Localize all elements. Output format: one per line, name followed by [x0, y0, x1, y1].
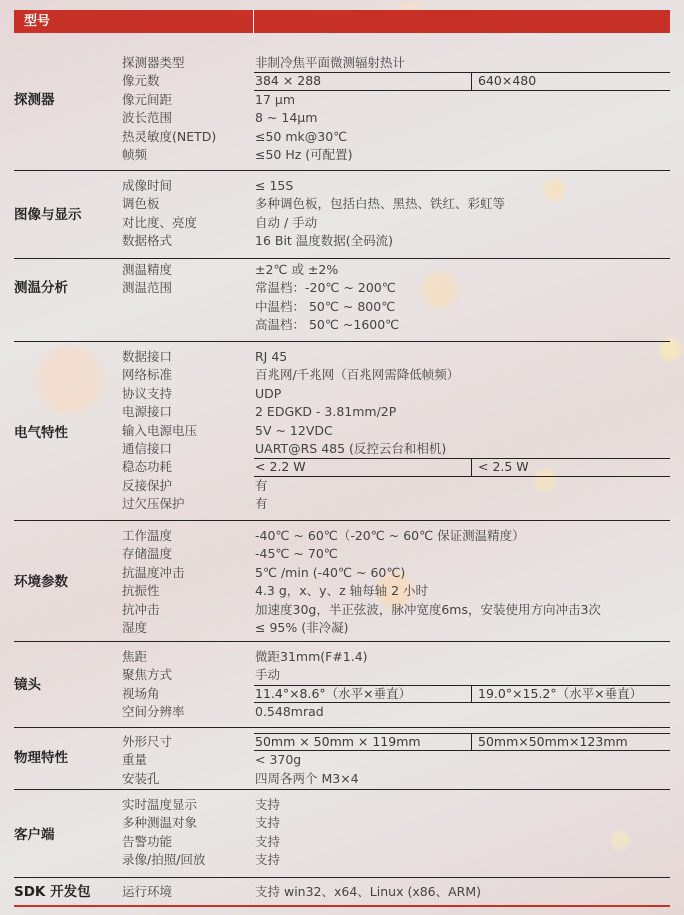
spec-value: 2 EDGKD - 3.81mm/2P [255, 403, 396, 421]
spec-row: 视场角11.4°×8.6°（水平×垂直）19.0°×15.2°（水平×垂直） [14, 685, 670, 703]
spec-value: UDP [255, 385, 281, 403]
spec-label: 测温范围 [122, 279, 172, 297]
spec-row: 抗振性4.3 g，x、y、z 轴每轴 2 小时 [14, 582, 670, 600]
spec-row: 聚焦方式手动 [14, 666, 670, 684]
spec-row: 电源接口2 EDGKD - 3.81mm/2P [14, 403, 670, 421]
spec-value: ≤50 mk@30℃ [255, 128, 347, 146]
spec-label: 运行环境 [122, 883, 172, 901]
spec-value-model-1: 11.4°×8.6°（水平×垂直） [254, 686, 472, 702]
spec-label: 抗振性 [122, 582, 160, 600]
model-label: 型号 [14, 10, 254, 33]
spec-value: 常温档：-20℃ ~ 200℃ [255, 279, 396, 297]
spec-row: 实时温度显示支持 [14, 796, 670, 814]
spec-row: 测温范围常温档：-20℃ ~ 200℃ [14, 279, 670, 297]
spec-value: 16 Bit 温度数据(全码流) [255, 232, 393, 250]
spec-value: 支持 [255, 851, 280, 869]
spec-value: 支持 [255, 796, 280, 814]
spec-value: 0.548mrad [255, 703, 324, 721]
spec-value: 8 ~ 14μm [255, 109, 317, 127]
spec-row: 波长范围8 ~ 14μm [14, 109, 670, 127]
spec-label: 存储温度 [122, 545, 172, 563]
spec-label: 调色板 [122, 195, 160, 213]
spec-label: 外形尺寸 [122, 733, 172, 751]
spec-label: 抗温度冲击 [122, 564, 185, 582]
spec-row: 网络标准百兆网/千兆网（百兆网需降低帧频） [14, 366, 670, 384]
spec-row: 过欠压保护有 [14, 495, 670, 513]
spec-row: 通信接口UART@RS 485 (反控云台和相机) [14, 440, 670, 458]
spec-row: 像元间距17 μm [14, 91, 670, 109]
spec-row: 录像/拍照/回放支持 [14, 851, 670, 869]
spec-row: 空间分辨率0.548mrad [14, 703, 670, 721]
spec-label: 聚焦方式 [122, 666, 172, 684]
spec-value: ≤ 15S [255, 177, 293, 195]
spec-label: 像元间距 [122, 91, 172, 109]
spec-value: 百兆网/千兆网（百兆网需降低帧频） [255, 366, 459, 384]
spec-row: 湿度≤ 95% (非冷凝) [14, 619, 670, 637]
bottom-divider [14, 905, 670, 907]
spec-value: -40℃ ~ 60℃（-20℃ ~ 60℃ 保证测温精度） [255, 527, 525, 545]
section-electrical: 电气特性数据接口RJ 45网络标准百兆网/千兆网（百兆网需降低帧频）协议支持UD… [14, 341, 670, 342]
spec-value: 多种调色板，包括白热、黑热、铁红、彩虹等 [255, 195, 505, 213]
spec-row: 像元数384 × 288640×480 [14, 72, 670, 90]
spec-value: 高温档： 50℃ ~1600℃ [255, 316, 399, 334]
spec-label: 工作温度 [122, 527, 172, 545]
spec-value-model-2: 19.0°×15.2°（水平×垂直） [472, 686, 670, 702]
spec-value-model-2: < 2.5 W [472, 459, 670, 475]
spec-label: 输入电源电压 [122, 422, 197, 440]
split-value-cells: 11.4°×8.6°（水平×垂直）19.0°×15.2°（水平×垂直） [254, 685, 670, 703]
spec-row: 中温档： 50℃ ~ 800℃ [14, 298, 670, 316]
spec-value-model-1: 50mm × 50mm × 119mm [254, 734, 472, 750]
spec-value: 5℃ /min (-40℃ ~ 60℃) [255, 564, 405, 582]
spec-row: 焦距微距31mm(F#1.4) [14, 648, 670, 666]
spec-label: 通信接口 [122, 440, 172, 458]
section-physical: 物理特性外形尺寸50mm × 50mm × 119mm50mm×50mm×123… [14, 727, 670, 728]
spec-value: ≤50 Hz (可配置) [255, 146, 353, 164]
spec-row: 抗冲击加速度30g，半正弦波，脉冲宽度6ms，安装使用方向冲击3次 [14, 601, 670, 619]
spec-row: 探测器类型非制冷焦平面微测辐射热计 [14, 54, 670, 72]
spec-label: 帧频 [122, 146, 147, 164]
spec-label: 安装孔 [122, 770, 160, 788]
spec-label: 电源接口 [122, 403, 172, 421]
spec-row: 热灵敏度(NETD)≤50 mk@30℃ [14, 128, 670, 146]
spec-value: -45℃ ~ 70℃ [255, 545, 338, 563]
spec-label: 录像/拍照/回放 [122, 851, 205, 869]
spec-label: 网络标准 [122, 366, 172, 384]
spec-value: 支持 [255, 833, 280, 851]
spec-value: 支持 win32、x64、Linux (x86、ARM) [255, 883, 481, 901]
spec-value: 有 [255, 495, 268, 513]
section-sdk: SDK 开发包运行环境支持 win32、x64、Linux (x86、ARM) [14, 877, 670, 878]
spec-label: 探测器类型 [122, 54, 185, 72]
section-lens: 镜头焦距微距31mm(F#1.4)聚焦方式手动视场角11.4°×8.6°（水平×… [14, 641, 670, 642]
spec-value: 四周各两个 M3×4 [255, 770, 359, 788]
spec-value: 有 [255, 477, 268, 495]
section-environment: 环境参数工作温度-40℃ ~ 60℃（-20℃ ~ 60℃ 保证测温精度）存储温… [14, 520, 670, 521]
spec-row: 多种测温对象支持 [14, 814, 670, 832]
spec-label: 波长范围 [122, 109, 172, 127]
spec-row: 测温精度±2℃ 或 ±2% [14, 261, 670, 279]
spec-row: 帧频≤50 Hz (可配置) [14, 146, 670, 164]
spec-row: 数据接口RJ 45 [14, 348, 670, 366]
header-bar: 型号 [14, 10, 670, 33]
spec-label: 稳态功耗 [122, 458, 172, 476]
spec-label: 测温精度 [122, 261, 172, 279]
spec-value: 手动 [255, 666, 280, 684]
spec-row: 外形尺寸50mm × 50mm × 119mm50mm×50mm×123mm [14, 733, 670, 751]
spec-label: 重量 [122, 751, 147, 769]
spec-value-model-2: 640×480 [472, 73, 670, 89]
spec-row: 高温档： 50℃ ~1600℃ [14, 316, 670, 334]
split-value-cells: 384 × 288640×480 [254, 72, 670, 90]
spec-row: 协议支持UDP [14, 385, 670, 403]
spec-value: 自动 / 手动 [255, 214, 317, 232]
section-temp-analysis: 测温分析测温精度±2℃ 或 ±2%测温范围常温档：-20℃ ~ 200℃中温档：… [14, 258, 670, 259]
spec-row: 抗温度冲击5℃ /min (-40℃ ~ 60℃) [14, 564, 670, 582]
spec-label: 热灵敏度(NETD) [122, 128, 216, 146]
spec-value-model-2: 50mm×50mm×123mm [472, 734, 670, 750]
spec-value: 17 μm [255, 91, 295, 109]
spec-row: 成像时间≤ 15S [14, 177, 670, 195]
spec-row: 存储温度-45℃ ~ 70℃ [14, 545, 670, 563]
spec-row: 重量< 370g [14, 751, 670, 769]
spec-value: RJ 45 [255, 348, 287, 366]
spec-label: 过欠压保护 [122, 495, 185, 513]
spec-row: 反接保护有 [14, 477, 670, 495]
spec-label: 多种测温对象 [122, 814, 197, 832]
spec-row: 调色板多种调色板，包括白热、黑热、铁红、彩虹等 [14, 195, 670, 213]
spec-value: 非制冷焦平面微测辐射热计 [255, 54, 405, 72]
spec-label: 湿度 [122, 619, 147, 637]
spec-label: 像元数 [122, 72, 160, 90]
section-image-display: 图像与显示成像时间≤ 15S调色板多种调色板，包括白热、黑热、铁红、彩虹等对比度… [14, 170, 670, 171]
model-value [254, 10, 670, 33]
spec-value: < 370g [255, 751, 301, 769]
spec-value: 4.3 g，x、y、z 轴每轴 2 小时 [255, 582, 428, 600]
spec-label: 成像时间 [122, 177, 172, 195]
spec-row: 对比度、亮度自动 / 手动 [14, 214, 670, 232]
spec-row: 安装孔四周各两个 M3×4 [14, 770, 670, 788]
spec-label: 告警功能 [122, 833, 172, 851]
spec-row: 稳态功耗< 2.2 W< 2.5 W [14, 458, 670, 476]
spec-label: 对比度、亮度 [122, 214, 197, 232]
spec-label: 反接保护 [122, 477, 172, 495]
spec-value: 支持 [255, 814, 280, 832]
spec-value: 5V ~ 12VDC [255, 422, 333, 440]
spec-row: 告警功能支持 [14, 833, 670, 851]
spec-value: UART@RS 485 (反控云台和相机) [255, 440, 446, 458]
spec-row: 工作温度-40℃ ~ 60℃（-20℃ ~ 60℃ 保证测温精度） [14, 527, 670, 545]
spec-label: 抗冲击 [122, 601, 160, 619]
spec-value: 微距31mm(F#1.4) [255, 648, 368, 666]
spec-label: 数据接口 [122, 348, 172, 366]
spec-row: 数据格式16 Bit 温度数据(全码流) [14, 232, 670, 250]
split-value-cells: < 2.2 W< 2.5 W [254, 458, 670, 476]
spec-value-model-1: 384 × 288 [254, 73, 472, 89]
spec-value-model-1: < 2.2 W [254, 459, 472, 475]
spec-value: 中温档： 50℃ ~ 800℃ [255, 298, 395, 316]
spec-value: ≤ 95% (非冷凝) [255, 619, 348, 637]
spec-label: 协议支持 [122, 385, 172, 403]
spec-value: 加速度30g，半正弦波，脉冲宽度6ms，安装使用方向冲击3次 [255, 601, 601, 619]
split-value-cells: 50mm × 50mm × 119mm50mm×50mm×123mm [254, 733, 670, 751]
section-client: 客户端实时温度显示支持多种测温对象支持告警功能支持录像/拍照/回放支持 [14, 789, 670, 790]
spec-value: ±2℃ 或 ±2% [255, 261, 338, 279]
spec-label: 数据格式 [122, 232, 172, 250]
spec-label: 空间分辨率 [122, 703, 185, 721]
spec-label: 视场角 [122, 685, 160, 703]
spec-row: 运行环境支持 win32、x64、Linux (x86、ARM) [14, 883, 670, 901]
spec-label: 实时温度显示 [122, 796, 197, 814]
spec-row: 输入电源电压5V ~ 12VDC [14, 422, 670, 440]
spec-label: 焦距 [122, 648, 147, 666]
